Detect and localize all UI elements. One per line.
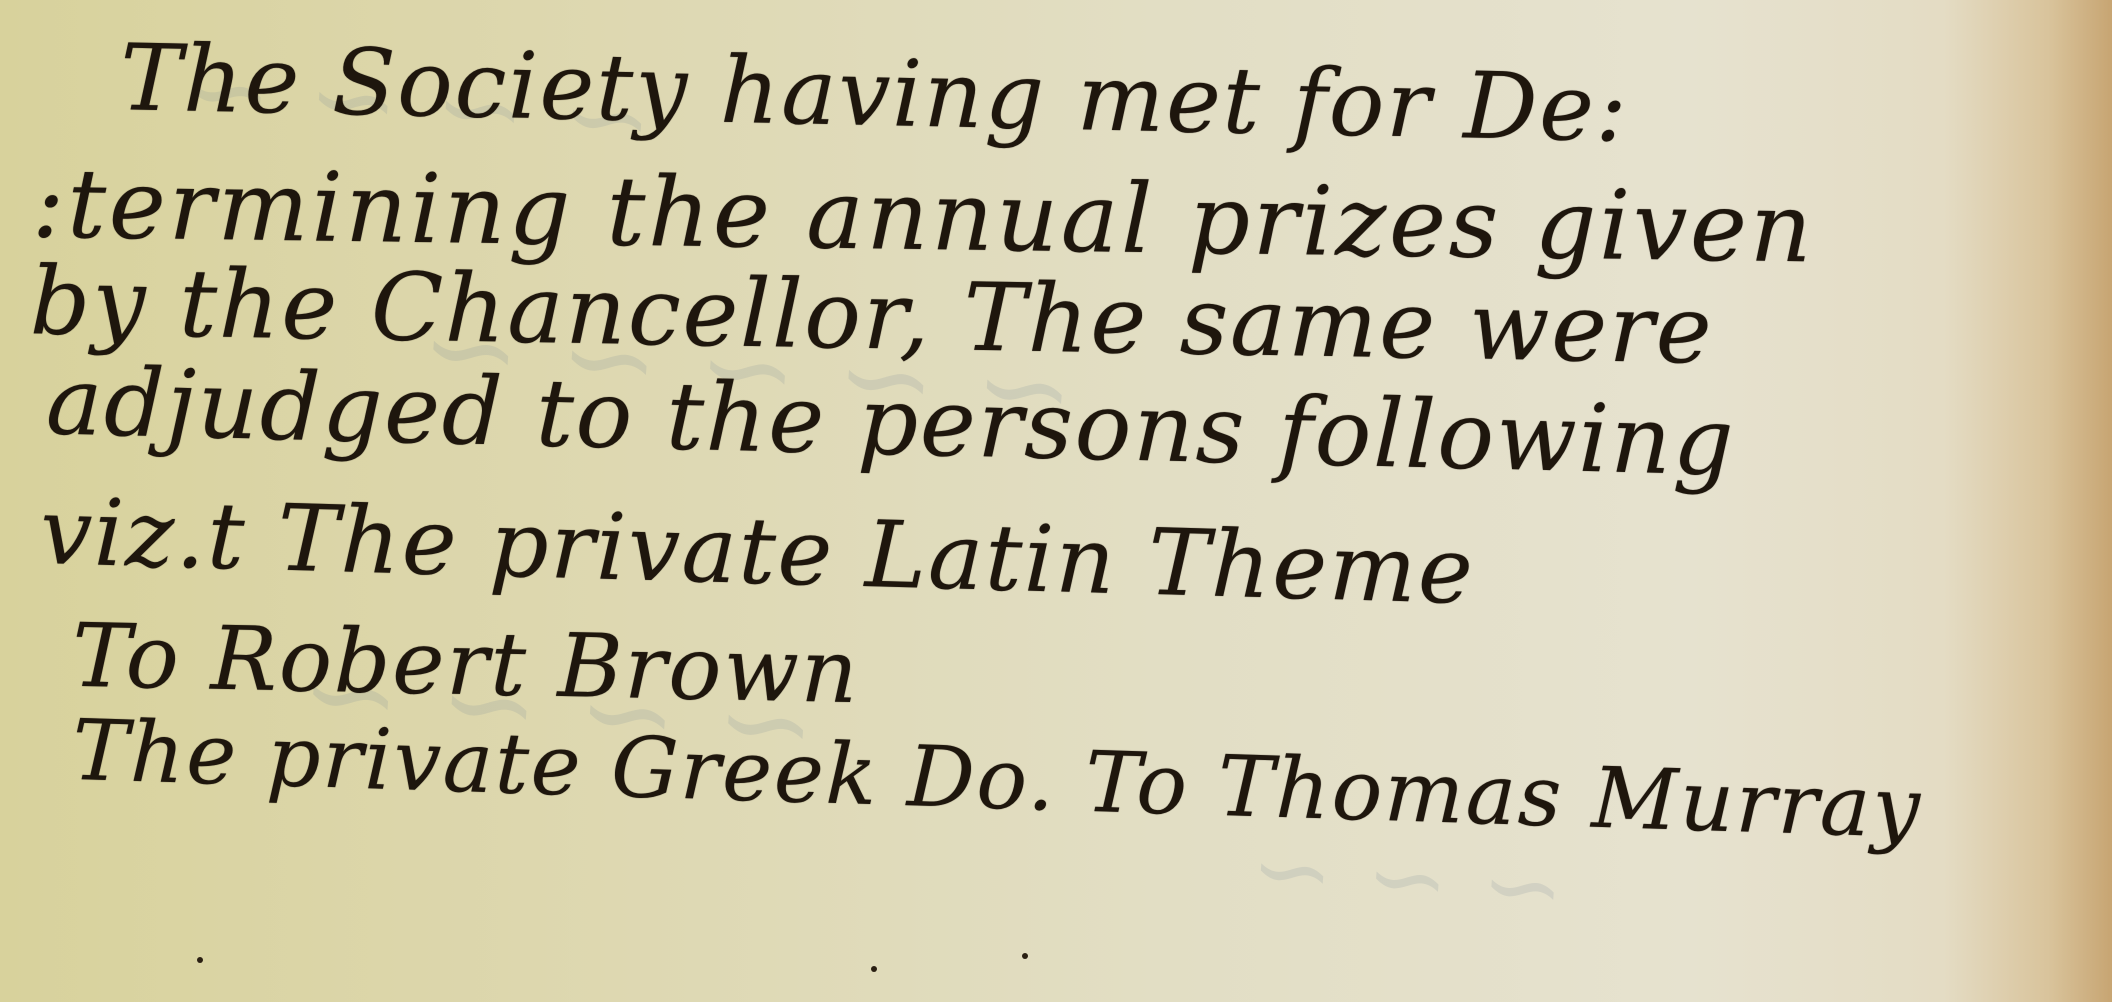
ink-speck bbox=[871, 966, 877, 972]
manuscript-line-1: The Society having met for De: bbox=[119, 24, 1630, 163]
manuscript-line-5: viz.t The private Latin Theme bbox=[39, 478, 1476, 625]
manuscript-page: ~ ~ ~ ~ ~ ~ ~ ~ ~ ~ ~ ~ ~ ~ ~ ~ The Soci… bbox=[0, 0, 2112, 1002]
ink-speck bbox=[1022, 953, 1028, 959]
ink-speck bbox=[197, 957, 203, 963]
manuscript-line-7: The private Greek Do. To Thomas Murray bbox=[71, 701, 1923, 857]
